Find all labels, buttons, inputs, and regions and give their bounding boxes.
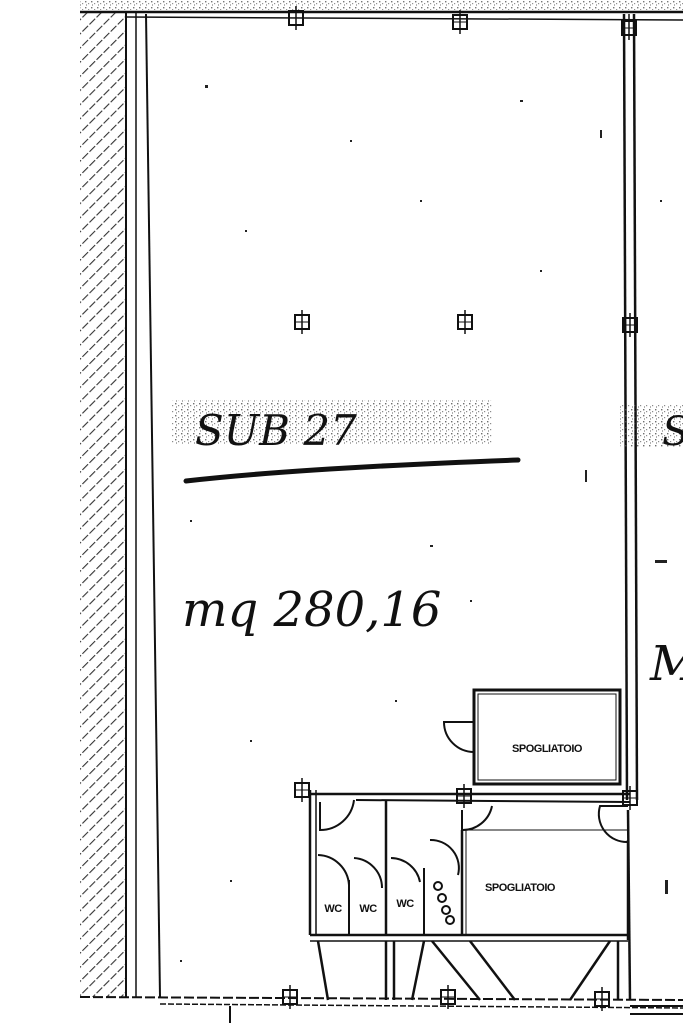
- door-swing-icon: [354, 858, 382, 888]
- door-swing-icon: [318, 855, 349, 885]
- column-marker-icon: [453, 10, 467, 34]
- underline: [186, 460, 518, 481]
- door-swing-icon: [444, 722, 474, 752]
- wc-label: WC: [324, 903, 342, 915]
- room-spogliatoio-upper: SPOGLIATOIO: [444, 690, 620, 784]
- bottom-wall: [80, 997, 683, 1023]
- exterior-wall-hatched: [80, 12, 160, 997]
- svg-text:SPOGLIATOIO: SPOGLIATOIO: [512, 743, 583, 755]
- door-swing-icon: [430, 840, 459, 875]
- shower-tray-icon: [434, 882, 454, 924]
- wc-cubicles: WC WC WC: [318, 840, 459, 935]
- wc-label: WC: [396, 898, 414, 910]
- service-block-top-wall: [310, 790, 630, 941]
- room-spogliatoio-lower: SPOGLIATOIO: [466, 830, 628, 935]
- top-wall: [80, 0, 683, 20]
- column-marker-icon: [295, 778, 309, 802]
- door-swing-icon: [462, 806, 492, 830]
- door-swing-icon: [599, 806, 628, 842]
- column-marker-icon: [458, 310, 472, 334]
- neighbor-label-partial: S: [662, 409, 683, 455]
- svg-text:SPOGLIATOIO: SPOGLIATOIO: [485, 882, 556, 894]
- unit-label: SUB 27 S: [172, 400, 683, 481]
- column-marker-icon: [457, 784, 471, 808]
- lower-corridor: [318, 941, 618, 1000]
- right-partition-wall: [624, 14, 637, 1000]
- wc-label: WC: [359, 903, 377, 915]
- column-marker-icon: [295, 310, 309, 334]
- area-label-text: mq 280,16: [182, 582, 441, 638]
- floor-plan: SUB 27 S mq 280,16 M SPOGLIATOIO: [0, 0, 683, 1023]
- unit-label-text: SUB 27: [195, 406, 357, 455]
- neighbor-area-partial: M: [649, 636, 683, 692]
- door-swing-icon: [320, 800, 354, 830]
- area-label: mq 280,16 M: [182, 582, 683, 692]
- door-swing-icon: [391, 858, 420, 882]
- column-marker-icon: [441, 985, 455, 1009]
